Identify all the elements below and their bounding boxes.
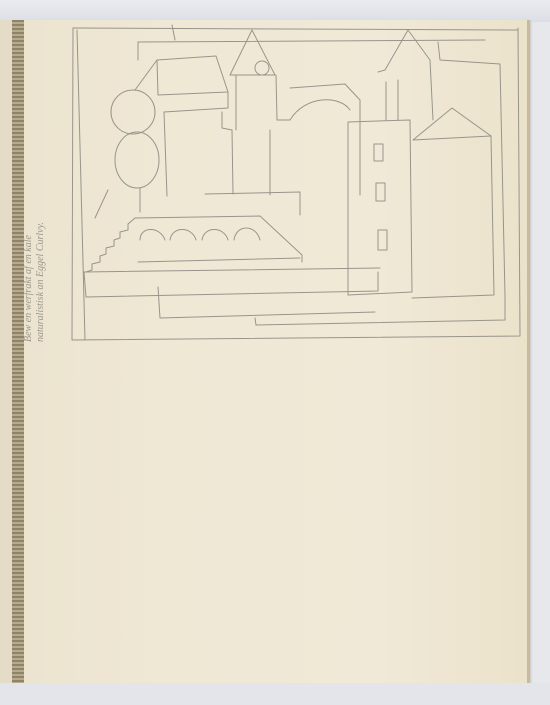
lower-terrace [84,272,378,297]
arcade [140,228,260,240]
note-line-2: naturalistisk an Eggel Curlvy. [35,82,47,342]
triangle-roof [413,108,491,140]
outer-frame [72,28,520,340]
tree-bottom [115,132,159,188]
window-1 [374,144,383,161]
tower-roof [230,30,275,75]
pencil-drawing [0,0,550,705]
upper-terrace [205,192,300,215]
steeple [385,30,433,120]
clock-window [255,61,269,75]
note-line-1: Bew en werfrakt af en kale [23,82,35,342]
tree-top [111,90,155,134]
roof-house [157,56,228,95]
arch-building [290,84,360,195]
handwritten-note: Bew en werfrakt af en kale naturalistisk… [23,82,47,342]
window-2 [376,183,385,201]
staircase [86,218,135,272]
window-3 [378,230,387,250]
